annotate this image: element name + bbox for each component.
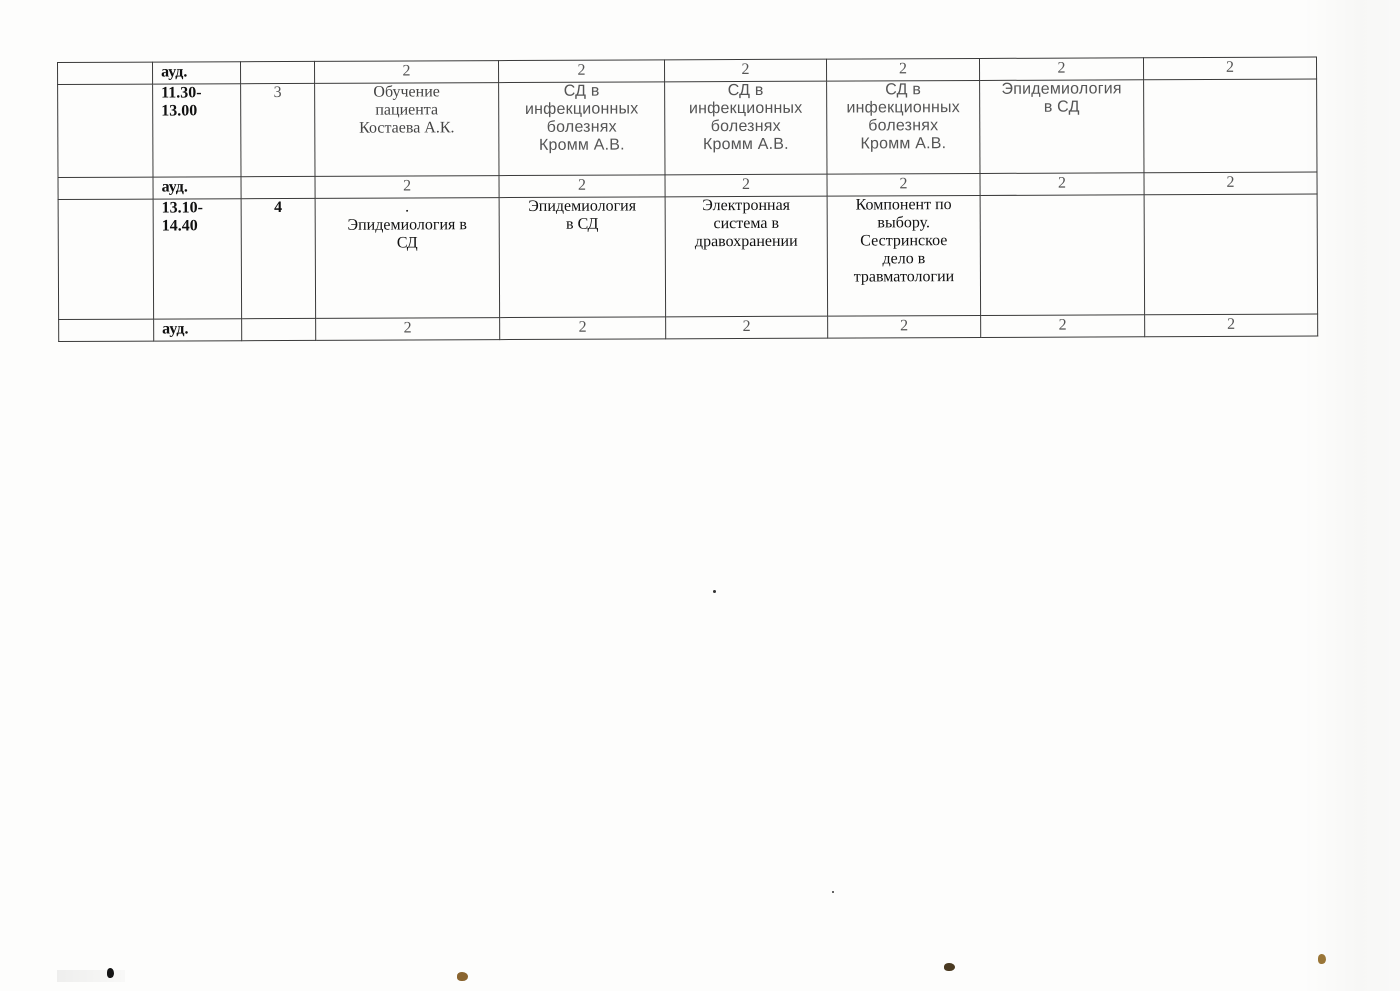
day-cell [58,199,154,319]
day-cell [58,62,153,84]
room-number: 2 [500,317,666,340]
subject-cell: Эпидемиологияв СД [499,197,666,318]
scan-speck [944,963,955,971]
subject-line: Электронная [669,197,824,216]
lesson-row: 13.10-14.404.Эпидемиология вСДЭпидемиоло… [58,194,1318,319]
day-cell [58,84,153,177]
subject-line: в СД [983,98,1140,117]
subject-line: Эпидемиология [503,197,662,216]
subject-cell: ОбучениепациентаКостаева А.К. [315,83,499,177]
subject-line: . [319,198,496,217]
room-number: 2 [665,174,827,197]
lesson-row: 11.30-13.003ОбучениепациентаКостаева А.К… [58,79,1317,177]
subject-line: Обучение [318,83,495,102]
subject-line: выбору. [831,214,977,233]
subject-cell: Эпидемиологияв СД [980,80,1144,174]
subject-line: Костаева А.К. [318,119,495,138]
pair-number [242,318,316,340]
pair-number: 4 [241,198,316,318]
subject-line: СД в [502,82,661,101]
subject-line: система в [669,215,824,234]
subject-cell: Компонент повыбору.Сестринскоедело втрав… [827,195,981,316]
room-number: 2 [1145,314,1318,337]
empty-subject-cell [1144,79,1317,173]
room-number: 2 [499,175,665,198]
subject-line: Кромм А.В. [502,136,661,155]
room-number: 2 [316,318,500,341]
subject-line: Сестринское [831,232,977,251]
room-number: 2 [664,59,826,82]
room-label-text: ауд. [162,320,188,337]
subject-line: болезнях [830,117,976,136]
subject-cell: СД винфекционныхболезняхКромм А.В. [665,81,827,175]
room-number: 2 [980,173,1144,196]
room-number: 2 [979,58,1143,81]
room-number: 2 [315,176,499,199]
scan-dust-dot [832,891,834,893]
schedule-table: ауд.22222211.30-13.003ОбучениепациентаКо… [57,57,1318,342]
subject-line: инфекционных [668,100,823,119]
subject-cell: СД винфекционныхболезняхКромм А.В. [827,80,980,174]
subject-line: Кромм А.В. [830,135,976,154]
subject-line: дравохранении [669,233,824,252]
scan-speck [457,972,468,981]
subject-line: болезнях [668,118,823,137]
schedule-body: ауд.22222211.30-13.003ОбучениепациентаКо… [58,57,1318,341]
room-number: 2 [314,61,498,84]
room-label-text: ауд. [161,63,187,80]
time-start: 13.10- [162,199,238,217]
room-number: 2 [981,315,1145,338]
subject-cell: .Эпидемиология вСД [315,198,500,319]
scan-speck [1318,954,1326,964]
subject-line: инфекционных [830,99,976,118]
room-number: 2 [1143,57,1316,80]
time-slot: 13.10-14.40 [153,199,242,319]
subject-line: Кромм А.В. [668,136,823,155]
time-slot: 11.30-13.00 [153,84,241,177]
subject-line: Компонент по [831,196,977,215]
room-row: ауд.222222 [59,314,1318,341]
subject-line: болезнях [502,118,661,137]
subject-line: СД [319,234,496,253]
subject-line: травматологии [831,268,977,287]
room-label: ауд. [153,177,241,199]
subject-cell: СД винфекционныхболезняхКромм А.В. [499,82,665,176]
empty-subject-cell [1144,194,1318,315]
room-number: 2 [826,58,979,81]
scan-shadow [57,970,125,982]
subject-cell: Электроннаясистема вдравохранении [665,196,828,317]
pair-number: 3 [241,83,315,176]
room-label: ауд. [153,62,241,84]
day-cell [59,319,154,341]
time-end: 13.00 [161,102,237,120]
subject-line: СД в [830,81,976,100]
subject-line: Эпидемиология в [319,216,496,235]
subject-line: СД в [668,82,823,101]
pair-number [241,61,315,83]
subject-line: в СД [503,215,662,234]
subject-line: Эпидемиология [983,80,1140,99]
scan-dust-dot [713,590,716,593]
room-label: ауд. [154,319,242,341]
subject-line: инфекционных [502,100,661,119]
room-label-text: ауд. [162,178,188,195]
day-cell [58,177,153,199]
empty-subject-cell [980,195,1145,316]
room-number: 2 [827,173,980,196]
subject-line: пациента [318,101,495,120]
subject-line: дело в [831,250,977,269]
room-number: 2 [498,60,664,83]
time-start: 11.30- [161,84,237,102]
room-number: 2 [828,315,981,338]
room-number: 2 [1144,172,1317,195]
pair-number [241,176,315,198]
room-number: 2 [666,316,828,339]
time-end: 14.40 [162,217,238,235]
